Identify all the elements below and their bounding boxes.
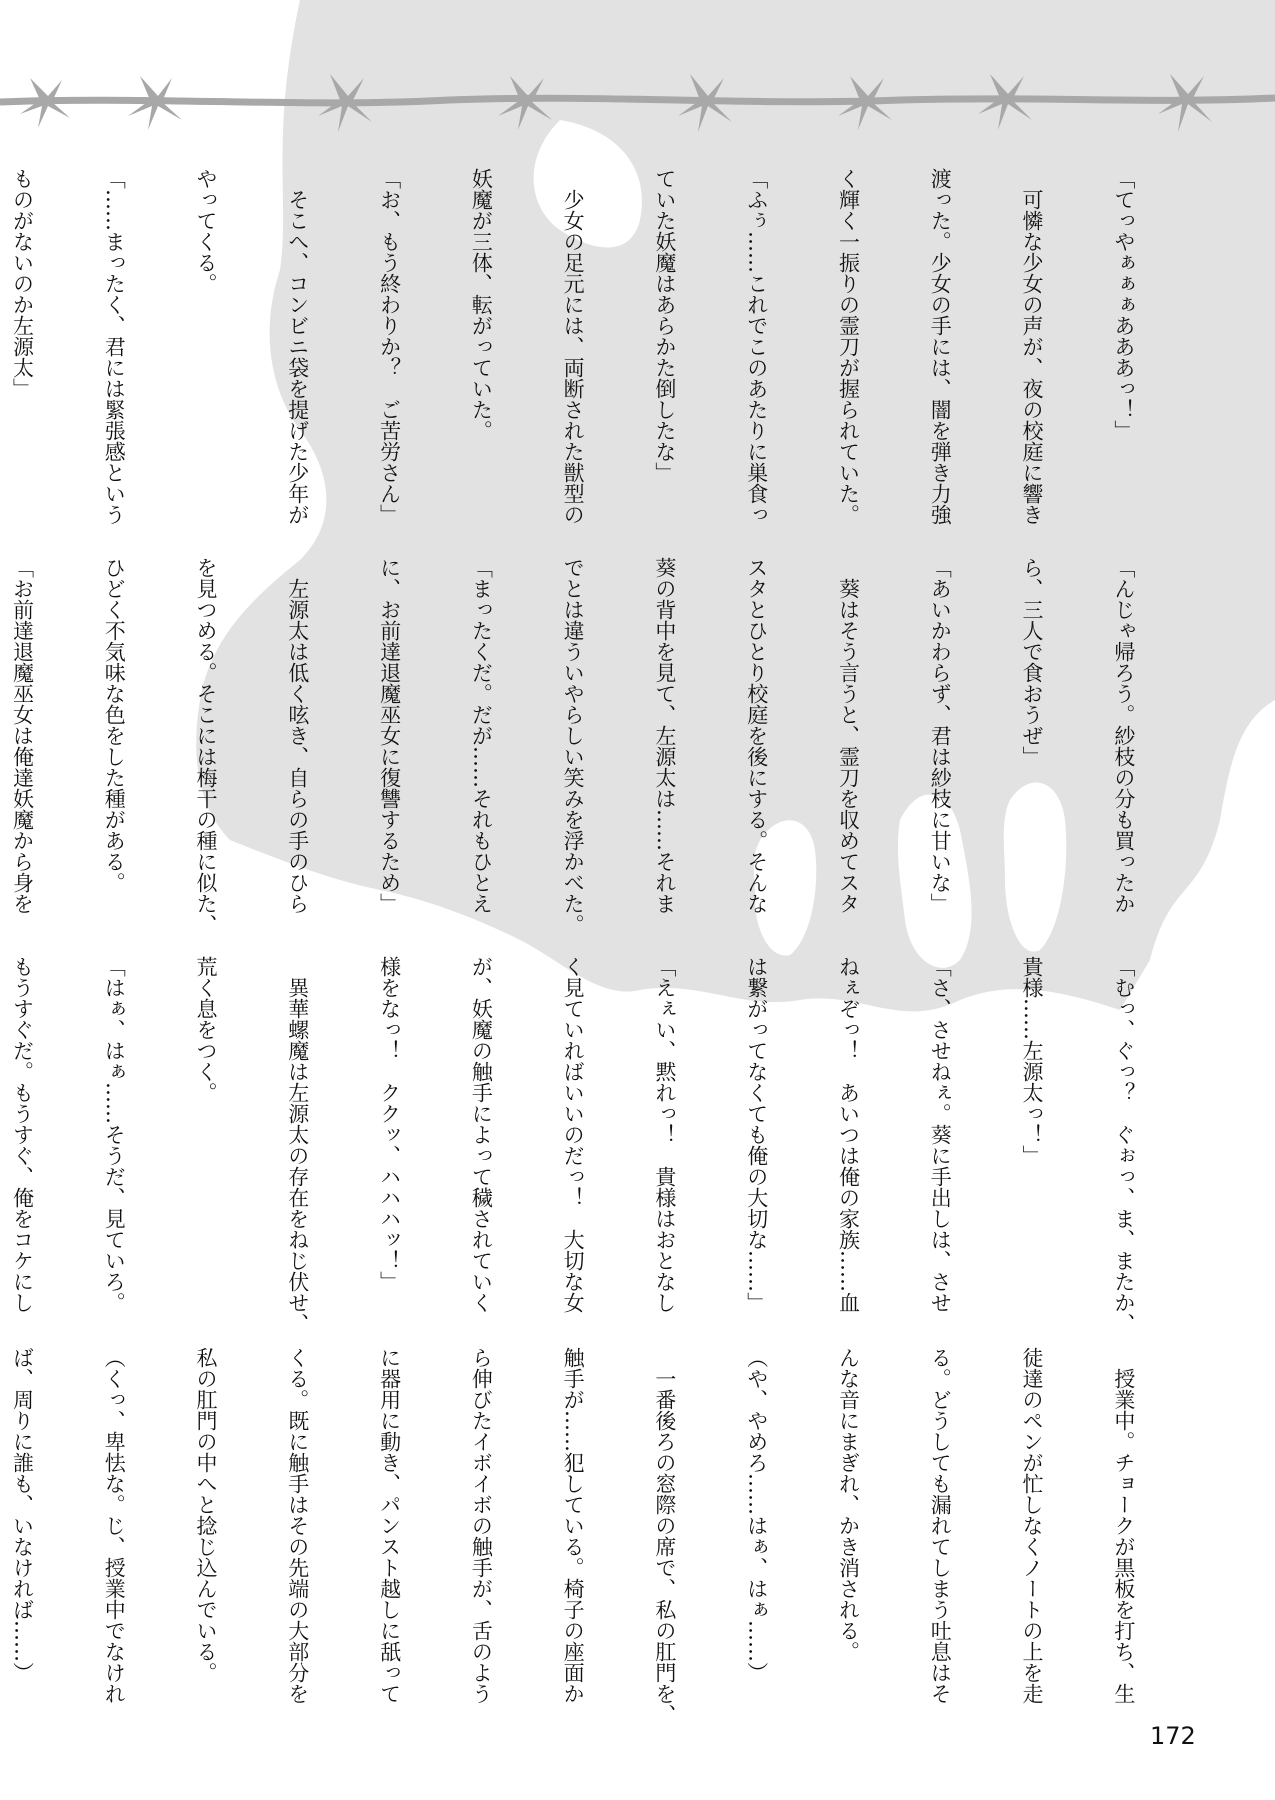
text-column: 一番後ろの窓際の席で、私の肛門を、 bbox=[649, 1347, 680, 1707]
text-column: でとは違ういやらしい笑みを浮かべた。 bbox=[558, 557, 589, 917]
text-column: 左源太は低く呟き、自らの手のひら bbox=[282, 557, 313, 917]
text-column: に、お前達退魔巫女に復讐するため」 bbox=[374, 557, 405, 917]
text-column: 葵はそう言うと、霊刀を収めてスタ bbox=[833, 557, 864, 917]
text-column: は繋がってなくても俺の大切な……」 bbox=[741, 956, 772, 1316]
text-column: を見つめる。そこには梅干の種に似た、 bbox=[190, 557, 221, 917]
text-tier-1: 「てっやぁぁぁあああっ！」 可憐な少女の声が、夜の校庭に響き 渡った。少女の手に… bbox=[160, 168, 1200, 528]
text-column: 「はぁ、はぁ……そうだ、見ていろ。 bbox=[99, 956, 130, 1316]
text-column: 私の肛門の中へと捻じ込んでいる。 bbox=[190, 1347, 221, 1707]
text-column: 「お、もう終わりか？ ご苦労さん」 bbox=[374, 168, 405, 528]
text-column: 異華螺魔は左源太の存在をねじ伏せ、 bbox=[282, 956, 313, 1316]
text-column: 少女の足元には、両断された獣型の bbox=[558, 168, 589, 528]
text-tier-3: 「むっ、ぐっ？ ぐぉっ、ま、またか、 貴様……左源太っ！」 「さ、させねぇ。葵に… bbox=[160, 956, 1200, 1316]
text-column: ら、三人で食おうぜ」 bbox=[1016, 557, 1047, 917]
text-column: く見ていればいいのだっ！ 大切な女 bbox=[558, 956, 589, 1316]
text-column: に器用に動き、パンスト越しに舐って bbox=[374, 1347, 405, 1707]
text-column: もうすぐだ。もうすぐ、俺をコケにし bbox=[7, 956, 38, 1316]
text-column: 様をなっ！ ククッ、ハハハッ！」 bbox=[374, 956, 405, 1316]
text-column: 「んじゃ帰ろう。紗枝の分も買ったか bbox=[1108, 557, 1139, 917]
text-column: 「まったくだ。だが……それもひとえ bbox=[466, 557, 497, 917]
text-column: ものがないのか左源太」 bbox=[7, 168, 38, 528]
page-number: 172 bbox=[1150, 1722, 1196, 1750]
text-column: 妖魔が三体、転がっていた。 bbox=[466, 168, 497, 528]
text-column: 「……まったく、君には緊張感という bbox=[99, 168, 130, 528]
text-column: （や、やめろ……はぁ、はぁ……） bbox=[741, 1347, 772, 1707]
text-column: ら伸びたイボイボの触手が、舌のよう bbox=[466, 1347, 497, 1707]
text-column: 貴様……左源太っ！」 bbox=[1016, 956, 1047, 1316]
text-column: やってくる。 bbox=[190, 168, 221, 528]
text-column: 「むっ、ぐっ？ ぐぉっ、ま、またか、 bbox=[1108, 956, 1139, 1316]
text-column: 可憐な少女の声が、夜の校庭に響き bbox=[1016, 168, 1047, 528]
text-column: 授業中。チョークが黒板を打ち、生 bbox=[1108, 1347, 1139, 1707]
text-column: 「お前達退魔巫女は俺達妖魔から身を bbox=[7, 557, 38, 917]
text-column: る。どうしても漏れてしまう吐息はそ bbox=[925, 1347, 956, 1707]
text-column: 「えぇい、黙れっ！ 貴様はおとなし bbox=[649, 956, 680, 1316]
text-column: ひどく不気味な色をした種がある。 bbox=[99, 557, 130, 917]
text-column: く輝く一振りの霊刀が握られていた。 bbox=[833, 168, 864, 528]
text-column: ば、周りに誰も、いなければ……） bbox=[7, 1347, 38, 1707]
text-column: 触手が……犯している。椅子の座面か bbox=[558, 1347, 589, 1707]
barbed-wire-decoration bbox=[0, 70, 1275, 140]
text-column: （くっ、卑怯な。じ、授業中でなけれ bbox=[99, 1347, 130, 1707]
text-column: 荒く息をつく。 bbox=[190, 956, 221, 1316]
text-tier-2: 「んじゃ帰ろう。紗枝の分も買ったか ら、三人で食おうぜ」 「あいかわらず、君は紗… bbox=[160, 557, 1200, 917]
text-column: んな音にまぎれ、かき消される。 bbox=[833, 1347, 864, 1707]
text-column: くる。既に触手はその先端の大部分を bbox=[282, 1347, 313, 1707]
text-column: 「さ、させねぇ。葵に手出しは、させ bbox=[925, 956, 956, 1316]
text-column: 徒達のペンが忙しなくノートの上を走 bbox=[1016, 1347, 1047, 1707]
text-column: ねぇぞっ！ あいつは俺の家族……血 bbox=[833, 956, 864, 1316]
text-column: ていた妖魔はあらかた倒したな」 bbox=[649, 168, 680, 528]
text-tier-4: 授業中。チョークが黒板を打ち、生 徒達のペンが忙しなくノートの上を走 る。どうし… bbox=[160, 1347, 1200, 1707]
text-column: 「てっやぁぁぁあああっ！」 bbox=[1108, 168, 1139, 528]
text-column: が、妖魔の触手によって穢されていく bbox=[466, 956, 497, 1316]
text-column: スタとひとり校庭を後にする。そんな bbox=[741, 557, 772, 917]
text-column: 葵の背中を見て、左源太は……それま bbox=[649, 557, 680, 917]
text-column: 「あいかわらず、君は紗枝に甘いな」 bbox=[925, 557, 956, 917]
text-column: そこへ、コンビニ袋を提げた少年が bbox=[282, 168, 313, 528]
text-column: 「ふぅ……これでこのあたりに巣食っ bbox=[741, 168, 772, 528]
text-column: 渡った。少女の手には、闇を弾き力強 bbox=[925, 168, 956, 528]
